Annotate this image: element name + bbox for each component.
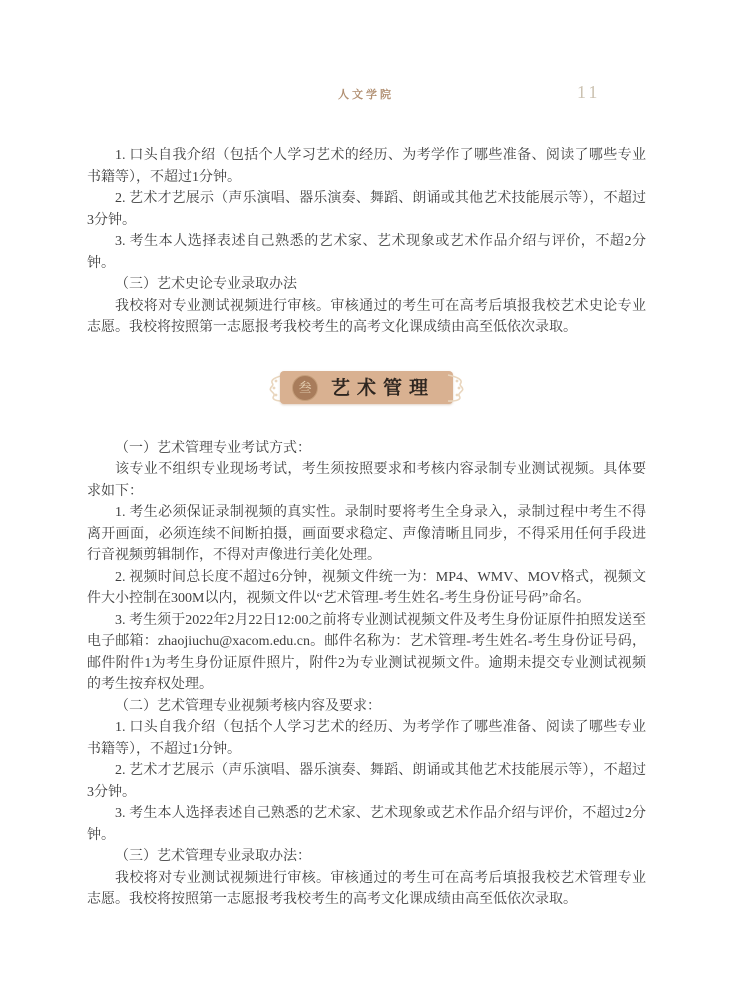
- section-number-medallion-icon: 叁: [292, 375, 318, 401]
- paragraph-exam-method: 该专业不组织专业现场考试，考生须按照要求和考核内容录制专业测试视频。具体要求如下…: [87, 459, 646, 502]
- paragraph-assessment-3: 3. 考生本人选择表述自己熟悉的艺术家、艺术现象或艺术作品介绍与评价，不超过2分…: [87, 803, 646, 846]
- paragraph-intro-heading: （三）艺术史论专业录取办法: [87, 274, 646, 296]
- paragraph-requirement-3: 3. 考生须于2022年2月22日12:00之前将专业测试视频文件及考生身份证原…: [87, 610, 646, 696]
- paragraph-intro-3: 3. 考生本人选择表述自己熟悉的艺术家、艺术现象或艺术作品介绍与评价，不超2分钟…: [87, 231, 646, 274]
- paragraph-intro-2: 2. 艺术才艺展示（声乐演唱、器乐演奏、舞蹈、朗诵或其他艺术技能展示等），不超过…: [87, 188, 646, 231]
- document-page: 人文学院 11 1. 口头自我介绍（包括个人学习艺术的经历、为考学作了哪些准备、…: [0, 0, 732, 1000]
- page-number: 11: [577, 82, 600, 103]
- section-banner: 叁 艺术管理: [87, 371, 646, 405]
- paragraph-assessment-heading: （二）艺术管理专业视频考核内容及要求：: [87, 696, 646, 718]
- paragraph-assessment-2: 2. 艺术才艺展示（声乐演唱、器乐演奏、舞蹈、朗诵或其他艺术技能展示等），不超过…: [87, 760, 646, 803]
- running-header: 人文学院 11: [0, 86, 732, 108]
- paragraph-admission-heading: （三）艺术管理专业录取办法：: [87, 846, 646, 868]
- paragraph-exam-method-heading: （一）艺术管理专业考试方式：: [87, 438, 646, 460]
- paragraph-assessment-1: 1. 口头自我介绍（包括个人学习艺术的经历、为考学作了哪些准备、阅读了哪些专业书…: [87, 717, 646, 760]
- paragraph-requirement-1: 1. 考生必须保证录制视频的真实性。录制时要将考生全身录入，录制过程中考生不得离…: [87, 502, 646, 567]
- section-banner-plate: 叁 艺术管理: [280, 371, 453, 404]
- lace-ornament-right-icon: [447, 373, 467, 403]
- section-number: 叁: [298, 377, 311, 399]
- paragraph-requirement-2: 2. 视频时间总长度不超过6分钟，视频文件统一为：MP4、WMV、MOV格式，视…: [87, 567, 646, 610]
- header-department-title: 人文学院: [0, 86, 732, 102]
- document-body: 1. 口头自我介绍（包括个人学习艺术的经历、为考学作了哪些准备、阅读了哪些专业书…: [87, 145, 646, 911]
- paragraph-intro-4: 我校将对专业测试视频进行审核。审核通过的考生可在高考后填报我校艺术史论专业志愿。…: [87, 296, 646, 339]
- section-title: 艺术管理: [331, 378, 435, 398]
- paragraph-intro-1: 1. 口头自我介绍（包括个人学习艺术的经历、为考学作了哪些准备、阅读了哪些专业书…: [87, 145, 646, 188]
- paragraph-admission: 我校将对专业测试视频进行审核。审核通过的考生可在高考后填报我校艺术管理专业志愿。…: [87, 868, 646, 911]
